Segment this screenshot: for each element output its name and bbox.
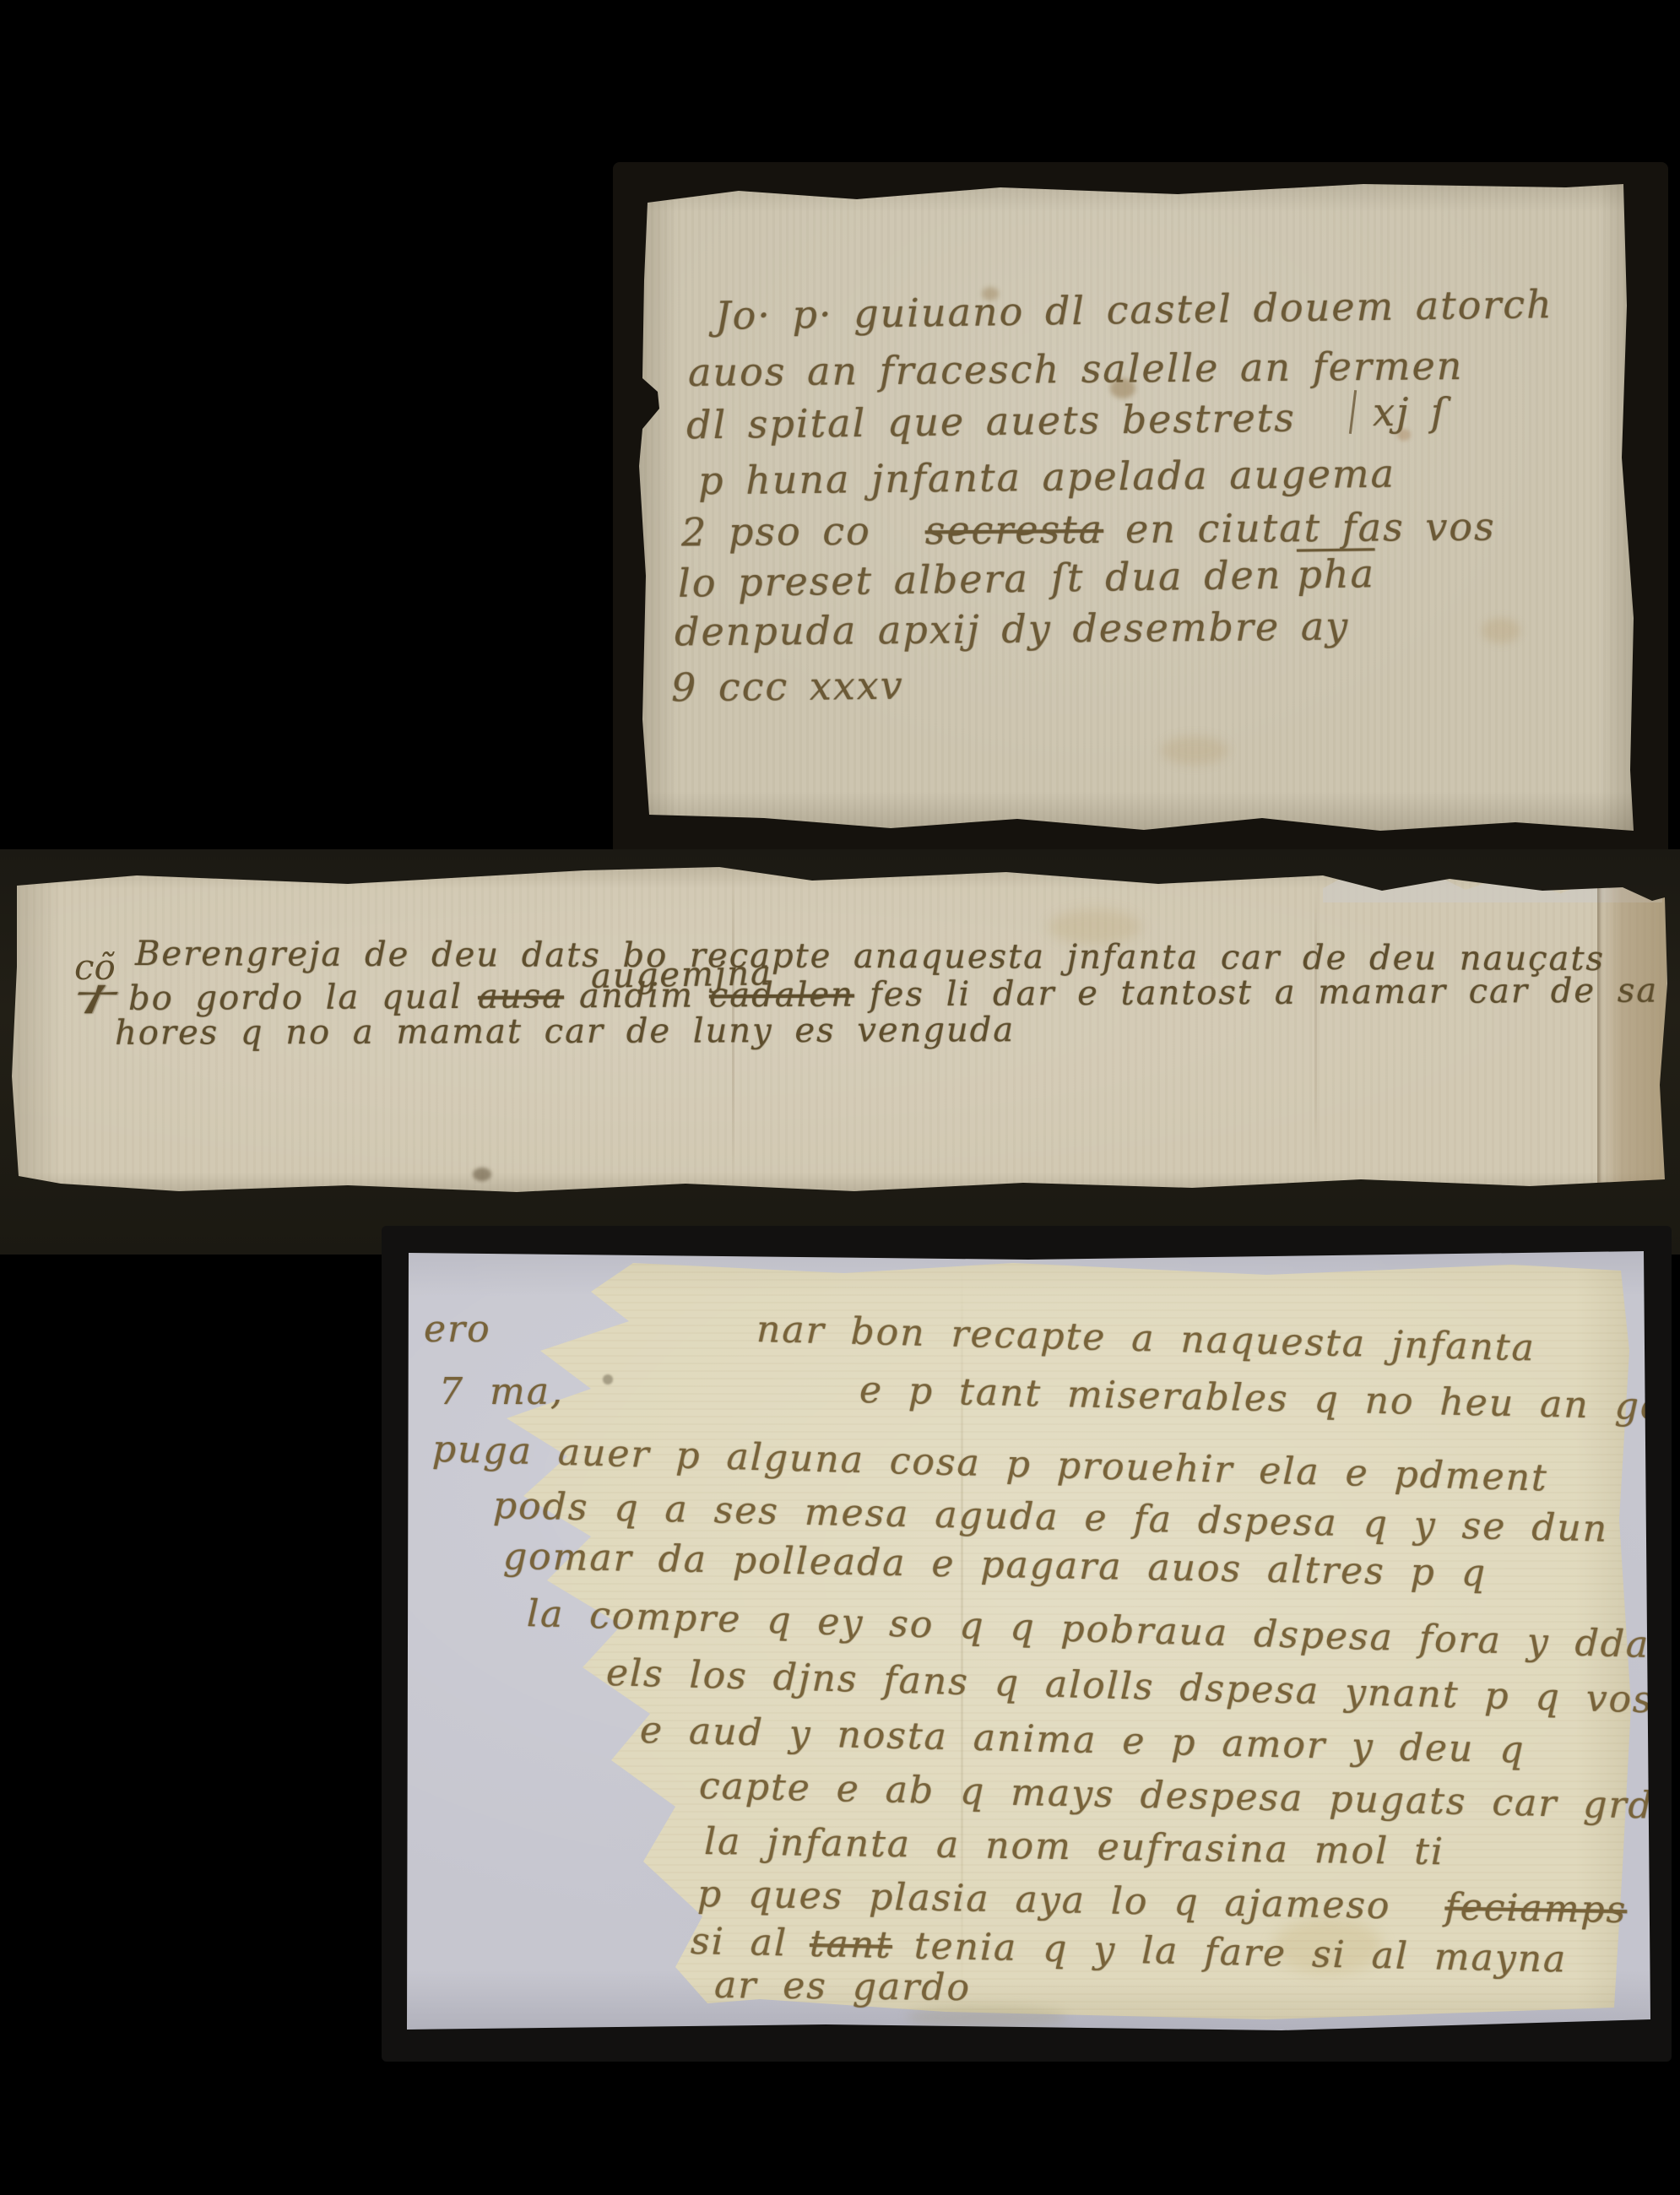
stain <box>473 1168 491 1181</box>
handwritten-line-date: 9 ccc xxxv <box>671 666 904 707</box>
handwritten-line: la jnfanta a nom eufrasina mol ti <box>704 1824 1444 1871</box>
amount-notation: xj ſ <box>1352 390 1447 434</box>
handwritten-line: Berengreja de deu dats bo recapte anaque… <box>135 937 1605 976</box>
marginal-word: ero <box>424 1311 491 1348</box>
line-segment: andim <box>579 976 694 1016</box>
handwritten-line: denpuda apxij dy desembre ay <box>675 607 1350 652</box>
gray-backing-sheet: ero 7 ma, nar bon recapte a naquesta jnf… <box>404 1249 1650 2033</box>
separator-stroke <box>1349 390 1357 434</box>
struck-word: cadalen <box>709 975 854 1015</box>
handwritten-line: p huna jnfanta apelada augema <box>698 454 1395 501</box>
handwritten-line: †bo gordo la qualausaandimcadalenfes li … <box>88 973 1680 1016</box>
line-segment: ſt dua den <box>1050 552 1282 601</box>
struck-word: secresta <box>925 507 1104 553</box>
struck-word: tant <box>809 1922 892 1967</box>
line-segment: lo preset albera <box>678 556 1030 606</box>
stain <box>1161 736 1228 765</box>
handwritten-line: lo preset alberaſt dua denpha <box>678 554 1375 603</box>
struck-word: feciamps <box>1444 1885 1628 1932</box>
overlined-word: pha <box>1297 550 1375 597</box>
struck-word: ausa <box>478 977 564 1016</box>
amount-text: xj ſ <box>1373 389 1447 435</box>
handwritten-line: dl spital que auets bestrets <box>686 398 1296 445</box>
handwritten-line: hores q no a mamat car de luny es vengud… <box>115 1013 1015 1050</box>
cross-stroke: † <box>73 982 121 1016</box>
paper-crease <box>1314 874 1317 1186</box>
stain <box>1482 618 1520 643</box>
line-segment: fes li dar e tantost a mamar car de sa t… <box>870 971 1680 1015</box>
line-segment: si al <box>690 1920 788 1965</box>
line-segment: 2 pso co <box>681 508 871 556</box>
handwritten-line: auos an fracesch salelle an fermen <box>688 346 1464 392</box>
paper-fold-band <box>1597 881 1666 1186</box>
handwritten-line: 2 pso cosecrestaen ciutat fas vos <box>681 507 1496 552</box>
fragment-middle-strip: cõ Berengreja de deu dats bo recapte ana… <box>10 865 1669 1199</box>
marginal-word: 7 ma, <box>439 1374 564 1411</box>
fragment-top-receipt: Jo· p· guiuano dl castel douem atorch au… <box>637 179 1639 837</box>
handwritten-line: ar es gardo <box>714 1967 971 2007</box>
handwritten-line: Jo· p· guiuano dl castel douem atorch <box>715 285 1553 335</box>
line-segment: en ciutat fas vos <box>1125 504 1496 552</box>
photo-background: Jo· p· guiuano dl castel douem atorch au… <box>0 0 1680 2195</box>
